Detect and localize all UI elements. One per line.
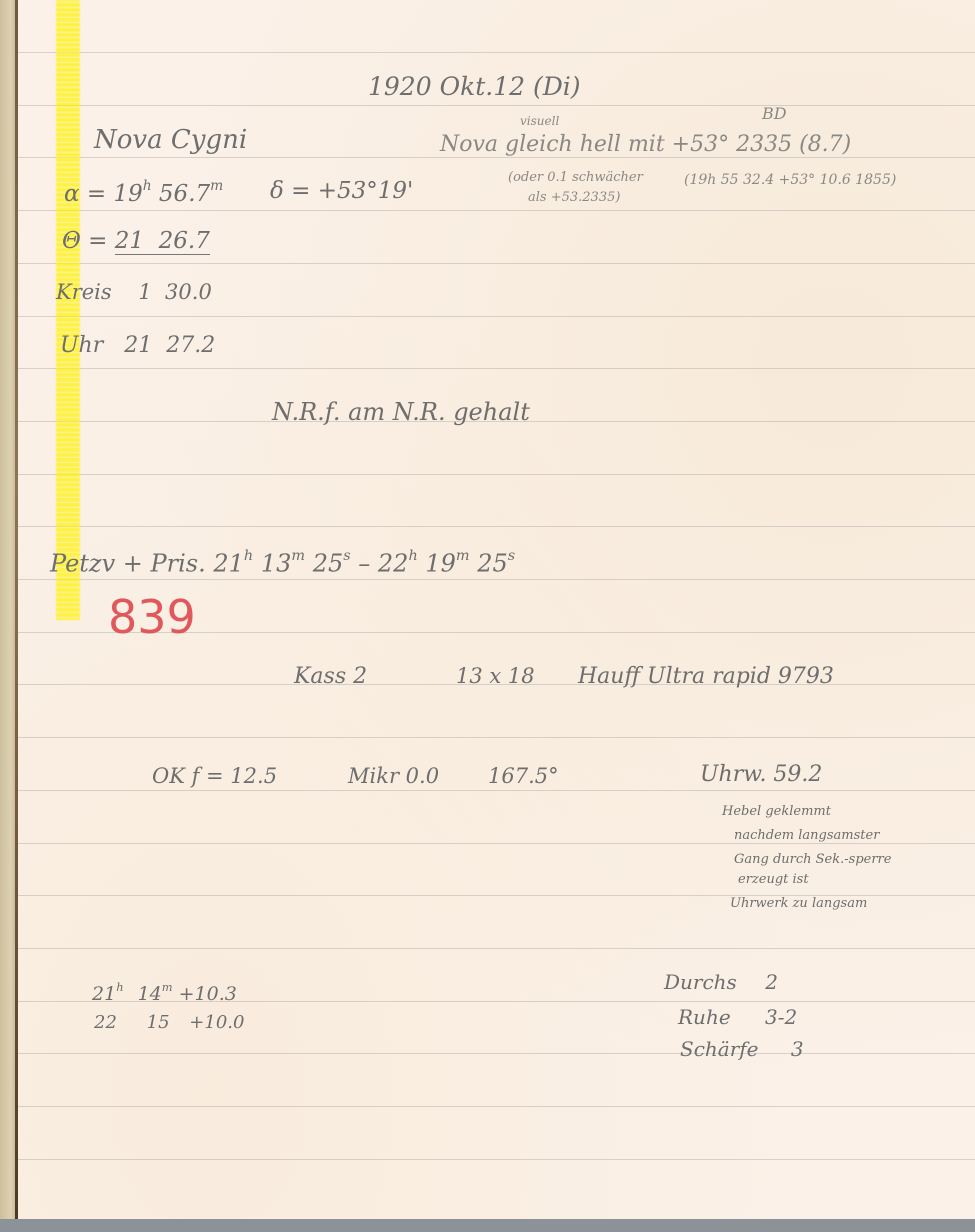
exposure-start-h: 21 <box>213 550 244 578</box>
declination: δ = +53°19' <box>270 178 413 204</box>
comparison-position: (19h 55 32.4 +53° 10.6 1855) <box>684 172 896 188</box>
clock-note-line: Hebel geklemmt <box>722 804 831 819</box>
highlighter-mark <box>56 0 80 620</box>
ruled-line <box>18 316 975 317</box>
ruled-line <box>18 157 975 158</box>
exposure-end-h: 22 <box>378 550 409 578</box>
optics-mikr: Mikr 0.0 <box>348 764 439 788</box>
condition-label: Durchs <box>664 970 737 994</box>
ruled-line <box>18 526 975 527</box>
exposure-end-m: 19 <box>425 550 456 578</box>
nrf-note: N.R.f. am N.R. gehalt <box>272 398 530 426</box>
temp-hour: 21 <box>92 983 116 1005</box>
kreis-label: Kreis <box>56 280 112 304</box>
condition-row: Schärfe 3 <box>680 1037 804 1061</box>
plate-emulsion: Hauff Ultra rapid 9793 <box>578 664 834 689</box>
clock-note-line: erzeugt ist <box>738 872 809 887</box>
temp-log-row: 21h 14m +10.3 <box>92 980 237 1005</box>
optics-ok: OK f = 12.5 <box>152 764 277 788</box>
kreis-row: Kreis 1 30.0 <box>56 280 212 304</box>
clock-note-line: Gang durch Sek.-sperre <box>734 852 891 867</box>
ruled-line <box>18 948 975 949</box>
plate-size: 13 x 18 <box>456 664 535 688</box>
theta-row: Θ = 21 26.7 <box>62 228 210 254</box>
exposure-start-s: 25 <box>313 550 344 578</box>
right-ascension: α = 19h 56.7m <box>64 178 223 207</box>
condition-value: 2 <box>765 970 778 994</box>
plate-number: 839 <box>108 590 196 644</box>
ruled-line <box>18 1106 975 1107</box>
comparison-note-line1: (oder 0.1 schwächer <box>508 170 643 185</box>
temp-minute: 14 <box>138 983 162 1005</box>
condition-row: Durchs 2 <box>664 970 778 994</box>
date-header: 1920 Okt.12 (Di) <box>368 72 581 101</box>
alpha-minutes: 56.7 <box>159 181 210 207</box>
exposure-row: Petzv + Pris. 21h 13m 25s – 22h 19m 25s <box>50 548 515 578</box>
condition-row: Ruhe 3-2 <box>678 1005 797 1029</box>
ruled-line <box>18 474 975 475</box>
ruled-line <box>18 210 975 211</box>
clock-note-title: Uhrw. 59.2 <box>700 762 822 787</box>
comparison-main: Nova gleich hell mit +53° 2335 (8.7) <box>440 132 851 157</box>
plate-kassette: Kass 2 <box>294 664 367 689</box>
temp-value: +10.0 <box>189 1012 244 1033</box>
temp-hour: 22 <box>94 1012 117 1033</box>
ruled-line <box>18 105 975 106</box>
kreis-value: 1 30.0 <box>138 280 211 304</box>
alpha-hours: 19 <box>113 181 142 207</box>
ruled-line <box>18 368 975 369</box>
uhr-value: 21 27.2 <box>124 333 215 358</box>
ruled-line <box>18 263 975 264</box>
condition-value: 3 <box>791 1037 804 1061</box>
bd-label: BD <box>762 104 787 123</box>
exposure-end-s: 25 <box>477 550 508 578</box>
theta-label: Θ = <box>62 228 107 254</box>
comparison-note-line2: als +53.2335) <box>528 190 620 205</box>
exposure-start-m: 13 <box>261 550 292 578</box>
condition-label: Ruhe <box>678 1005 731 1029</box>
ruled-line <box>18 1159 975 1160</box>
alpha-label: α = <box>64 181 106 207</box>
temp-log-row: 22 15 +10.0 <box>94 1012 244 1033</box>
clock-note-line: Uhrwerk zu langsam <box>730 896 867 911</box>
temp-value: +10.3 <box>179 983 237 1005</box>
ruled-line <box>18 737 975 738</box>
ruled-line <box>18 843 975 844</box>
condition-label: Schärfe <box>680 1037 759 1061</box>
clock-note-line: nachdem langsamster <box>734 828 879 843</box>
ruled-line <box>18 1053 975 1054</box>
optics-angle: 167.5° <box>488 764 559 788</box>
temp-minute: 15 <box>147 1012 170 1033</box>
visuell-note: visuell <box>520 114 559 128</box>
ruled-line <box>18 790 975 791</box>
scan-background <box>0 1219 975 1232</box>
theta-value: 21 26.7 <box>115 228 210 255</box>
ruled-line <box>18 579 975 580</box>
exposure-label: Petzv + Pris. <box>50 550 206 578</box>
uhr-row: Uhr 21 27.2 <box>60 333 215 358</box>
condition-value: 3-2 <box>765 1005 797 1029</box>
uhr-label: Uhr <box>60 333 103 358</box>
object-name: Nova Cygni <box>94 125 247 155</box>
exposure-separator: – <box>358 550 370 578</box>
ruled-line <box>18 52 975 53</box>
